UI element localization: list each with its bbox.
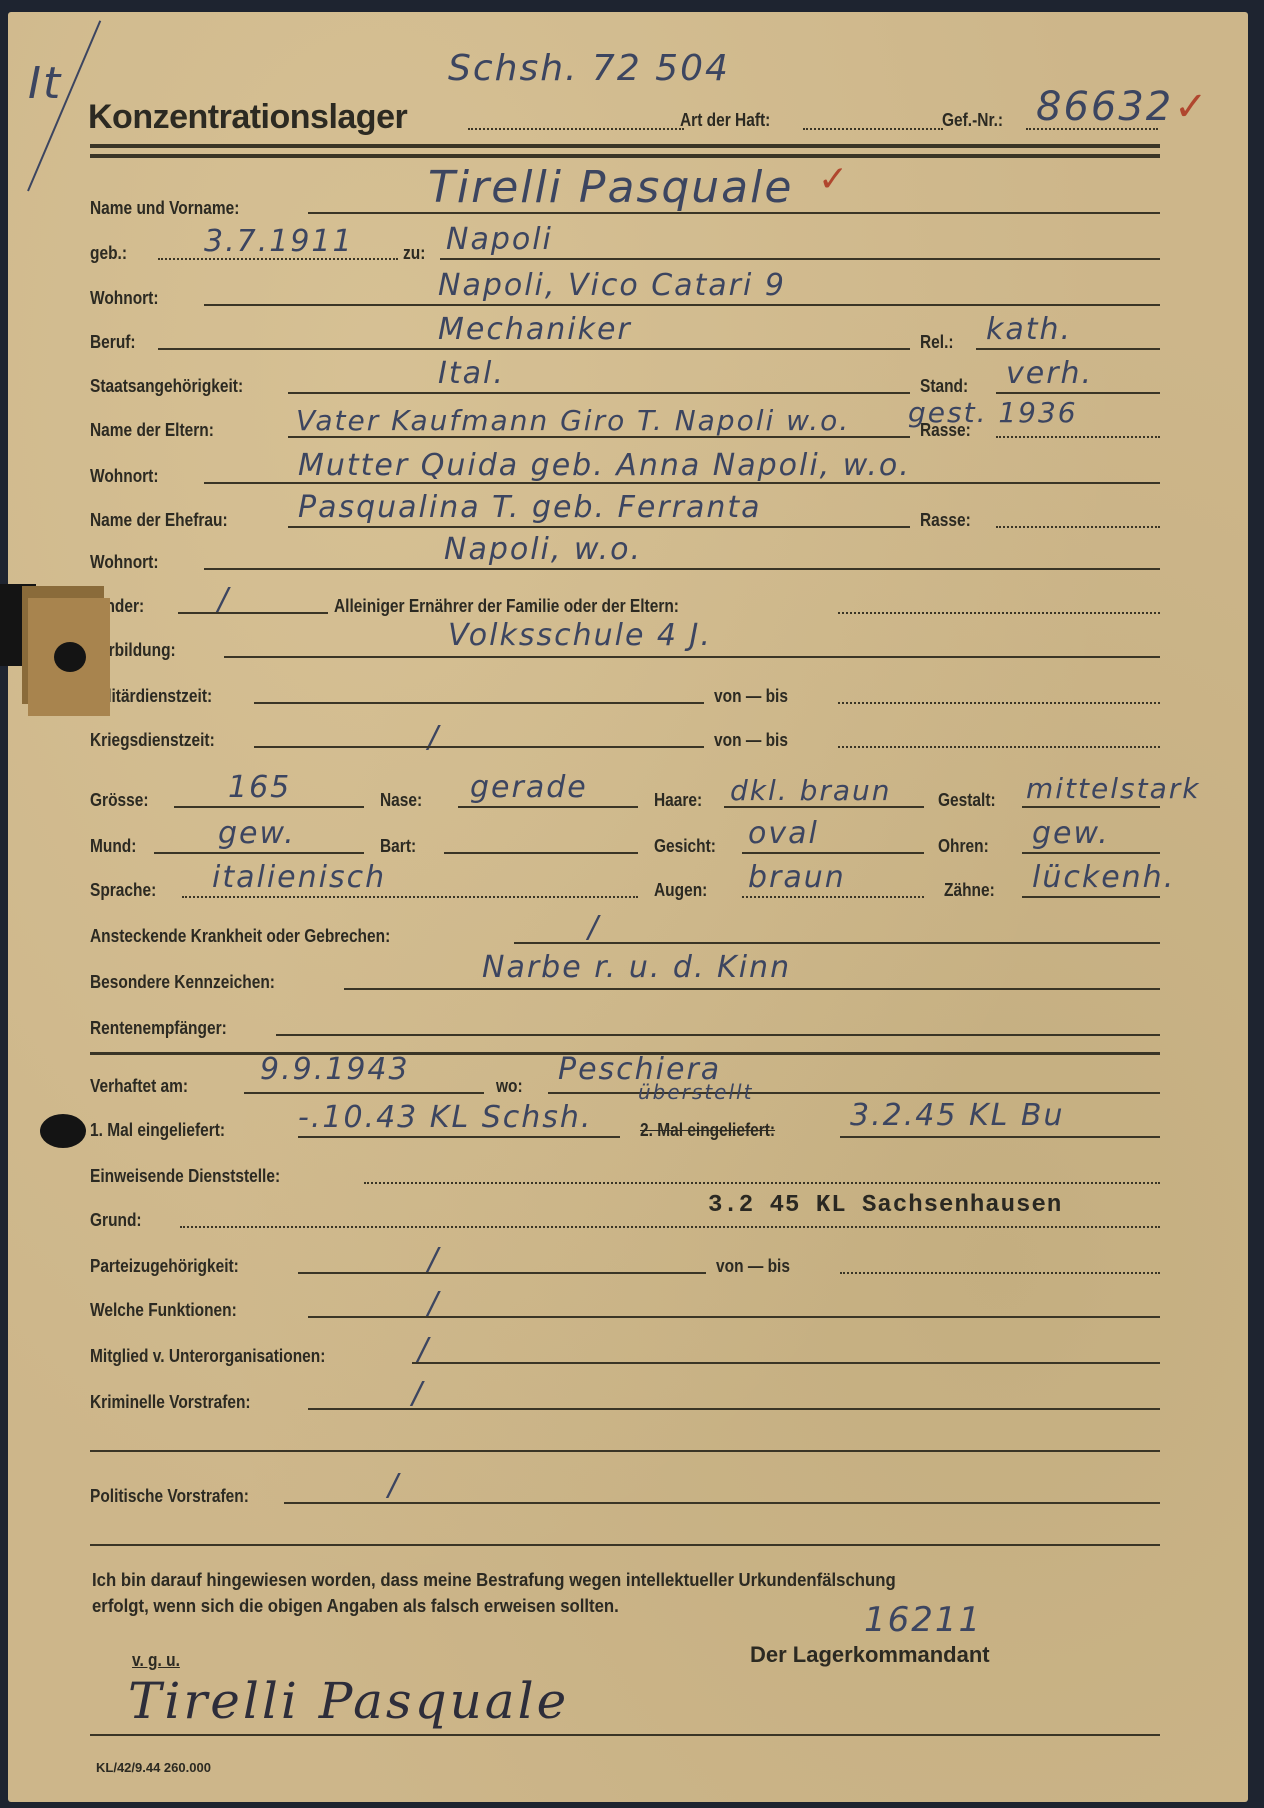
gesicht-value: oval (748, 816, 819, 851)
field-line (468, 128, 684, 130)
geb-value: 3.7.1911 (204, 224, 354, 259)
geb-field (158, 258, 398, 260)
ernaehrer-label: Alleiniger Ernährer der Familie oder der… (334, 596, 679, 617)
kriegs-field (254, 746, 704, 748)
gestalt-field (1022, 806, 1160, 808)
kriminell-value: / (412, 1376, 424, 1411)
nase-field (458, 806, 638, 808)
mal1-field (298, 1136, 620, 1138)
haare-value: dkl. braun (730, 774, 892, 807)
grund-field (180, 1226, 1160, 1228)
ehefrau-field (288, 526, 910, 528)
grund-label: Grund: (90, 1210, 142, 1231)
zaehne-value: lückenh. (1032, 860, 1175, 895)
mund-label: Mund: (90, 836, 136, 857)
kriegs-von-bis-field (838, 746, 1160, 748)
staat-label: Staatsangehörigkeit: (90, 376, 243, 397)
margin-mark: It (28, 58, 62, 109)
eltern-death-note: gest. 1936 (908, 396, 1078, 429)
krankheit-value: / (588, 910, 600, 945)
gesicht-label: Gesicht: (654, 836, 716, 857)
eltern-wohnort-value: Mutter Quida geb. Anna Napoli, w.o. (298, 448, 911, 483)
mund-field (154, 852, 364, 854)
sprache-label: Sprache: (90, 880, 156, 901)
ohren-label: Ohren: (938, 836, 989, 857)
camp-number-annotation: Schsh. 72 504 (448, 48, 730, 89)
ehefrau-rasse-label: Rasse: (920, 510, 971, 531)
geb-label: geb.: (90, 243, 127, 264)
ehefrau-value: Pasqualina T. geb. Ferranta (298, 490, 762, 525)
mal2-value: 3.2.45 KL Bu (850, 1098, 1064, 1133)
eltern-field (288, 436, 910, 438)
groesse-field (174, 806, 364, 808)
dienststelle-field (364, 1182, 1160, 1184)
signature: Tirelli Pasquale (128, 1672, 569, 1730)
ohren-value: gew. (1032, 816, 1110, 851)
zu-field (440, 258, 1160, 260)
declaration-line-2: erfolgt, wenn sich die obigen Angaben al… (92, 1596, 619, 1617)
prisoner-registration-card: It Schsh. 72 504 Konzentrationslager Art… (8, 12, 1248, 1802)
wohnort-label: Wohnort: (90, 288, 158, 309)
nase-value: gerade (470, 770, 588, 805)
ehefrau-wohnort-label: Wohnort: (90, 552, 158, 573)
kriegs-von-bis-label: von — bis (714, 730, 788, 751)
dienststelle-label: Einweisende Dienststelle: (90, 1166, 280, 1187)
wohnort-value: Napoli, Vico Catari 9 (438, 268, 786, 303)
name-check-mark: ✓ (818, 158, 848, 200)
kinder-field (178, 612, 328, 614)
zaehne-field (1022, 896, 1160, 898)
krankheit-field (514, 942, 1160, 944)
groesse-label: Grösse: (90, 790, 149, 811)
name-field (308, 212, 1160, 214)
kriminell-extra-line (90, 1450, 1160, 1452)
stand-value: verh. (1006, 356, 1093, 391)
red-check-mark: ✓ (1174, 84, 1208, 130)
art-der-haft-field (803, 128, 943, 130)
mal2-overwrite: überstellt (638, 1080, 753, 1104)
unterorg-label: Mitglied v. Unterorganisationen: (90, 1346, 325, 1367)
beruf-label: Beruf: (90, 332, 136, 353)
name-label: Name und Vorname: (90, 198, 239, 219)
zaehne-label: Zähne: (944, 880, 995, 901)
wo-label: wo: (496, 1076, 523, 1097)
verhaftet-label: Verhaftet am: (90, 1076, 188, 1097)
zu-label: zu: (403, 243, 425, 264)
eltern-wohnort-field (204, 482, 1160, 484)
vorbildung-value: Volksschule 4 J. (448, 618, 712, 653)
eltern-wohnort-label: Wohnort: (90, 466, 158, 487)
kennzeichen-field (344, 988, 1160, 990)
beruf-field (158, 348, 910, 350)
haare-field (724, 806, 924, 808)
vorbildung-field (224, 656, 1160, 658)
ernaehrer-field (838, 612, 1160, 614)
nase-label: Nase: (380, 790, 422, 811)
rel-label: Rel.: (920, 332, 954, 353)
funktionen-field (308, 1316, 1160, 1318)
declaration-line-1: Ich bin darauf hingewiesen worden, dass … (92, 1570, 896, 1591)
card-title: Konzentrationslager (88, 98, 407, 137)
militaer-von-bis-field (838, 702, 1160, 704)
gestalt-value: mittelstark (1026, 772, 1200, 805)
militaer-von-bis-label: von — bis (714, 686, 788, 707)
krankheit-label: Ansteckende Krankheit oder Gebrechen: (90, 926, 390, 947)
kennzeichen-label: Besondere Kennzeichen: (90, 972, 275, 993)
grund-typed-value: 3.2 45 KL Sachsenhausen (708, 1192, 1062, 1219)
bart-field (444, 852, 638, 854)
verhaftet-value: 9.9.1943 (260, 1052, 410, 1087)
art-der-haft-label: Art der Haft: (680, 110, 770, 131)
haare-label: Haare: (654, 790, 702, 811)
zu-value: Napoli (446, 222, 553, 257)
rasse-field (996, 436, 1160, 438)
sprache-field (182, 896, 638, 898)
kriegs-label: Kriegsdienstzeit: (90, 730, 215, 751)
partei-von-bis-field (840, 1272, 1160, 1274)
unterorg-field (412, 1362, 1160, 1364)
eltern-label: Name der Eltern: (90, 420, 214, 441)
header-rule-bottom (90, 154, 1160, 158)
politisch-label: Politische Vorstrafen: (90, 1486, 249, 1507)
signature-line (90, 1734, 1160, 1736)
staat-value: Ital. (438, 356, 505, 391)
vgu-label: v. g. u. (132, 1650, 180, 1671)
partei-von-bis-label: von — bis (716, 1256, 790, 1277)
rente-label: Rentenempfänger: (90, 1018, 227, 1039)
stand-label: Stand: (920, 376, 968, 397)
mal2-field (840, 1136, 1160, 1138)
kriegs-value: / (428, 720, 440, 755)
gef-nr-field (1026, 128, 1158, 130)
politisch-field (284, 1502, 1160, 1504)
augen-label: Augen: (654, 880, 707, 901)
gef-nr-label: Gef.-Nr.: (942, 110, 1003, 131)
ehefrau-wohnort-field (204, 568, 1160, 570)
beruf-value: Mechaniker (438, 312, 632, 347)
ohren-field (1022, 852, 1160, 854)
kennzeichen-value: Narbe r. u. d. Kinn (482, 950, 791, 985)
gesicht-field (742, 852, 924, 854)
mund-value: gew. (218, 816, 296, 851)
filing-tab (28, 598, 110, 716)
gef-nr-value: 86632 (1036, 84, 1173, 130)
ehefrau-wohnort-value: Napoli, w.o. (444, 532, 642, 567)
number-annotation: 16211 (864, 1600, 982, 1640)
rel-field (976, 348, 1160, 350)
funktionen-label: Welche Funktionen: (90, 1300, 237, 1321)
header-rule-top (90, 144, 1160, 148)
name-value: Tirelli Pasquale (428, 162, 793, 213)
bart-label: Bart: (380, 836, 416, 857)
politisch-value: / (388, 1468, 400, 1503)
ehefrau-rasse-field (996, 526, 1160, 528)
gestalt-label: Gestalt: (938, 790, 996, 811)
politisch-extra-line (90, 1544, 1160, 1546)
rente-field (276, 1034, 1160, 1036)
rel-value: kath. (986, 312, 1072, 347)
ehefrau-label: Name der Ehefrau: (90, 510, 228, 531)
mal1-value: -.10.43 KL Schsh. (298, 1100, 592, 1135)
punch-hole (40, 1114, 86, 1148)
augen-field (742, 896, 924, 898)
form-code: KL/42/9.44 260.000 (96, 1760, 211, 1775)
eltern-value: Vater Kaufmann Giro T. Napoli w.o. (296, 404, 850, 437)
wohnort-field (204, 304, 1160, 306)
verhaftet-field (244, 1092, 484, 1094)
kriminell-label: Kriminelle Vorstrafen: (90, 1392, 251, 1413)
commandant-label: Der Lagerkommandant (750, 1642, 990, 1668)
augen-value: braun (748, 860, 846, 895)
militaer-field (254, 702, 704, 704)
tab-punch-hole (54, 642, 86, 672)
sprache-value: italienisch (212, 860, 386, 895)
kriminell-field (308, 1408, 1160, 1410)
staat-field (288, 392, 910, 394)
mal2-label: 2. Mal eingeliefert: (640, 1120, 775, 1141)
mal1-label: 1. Mal eingeliefert: (90, 1120, 225, 1141)
stand-field (996, 392, 1160, 394)
groesse-value: 165 (228, 770, 291, 805)
partei-field (298, 1272, 706, 1274)
partei-label: Parteizugehörigkeit: (90, 1256, 239, 1277)
